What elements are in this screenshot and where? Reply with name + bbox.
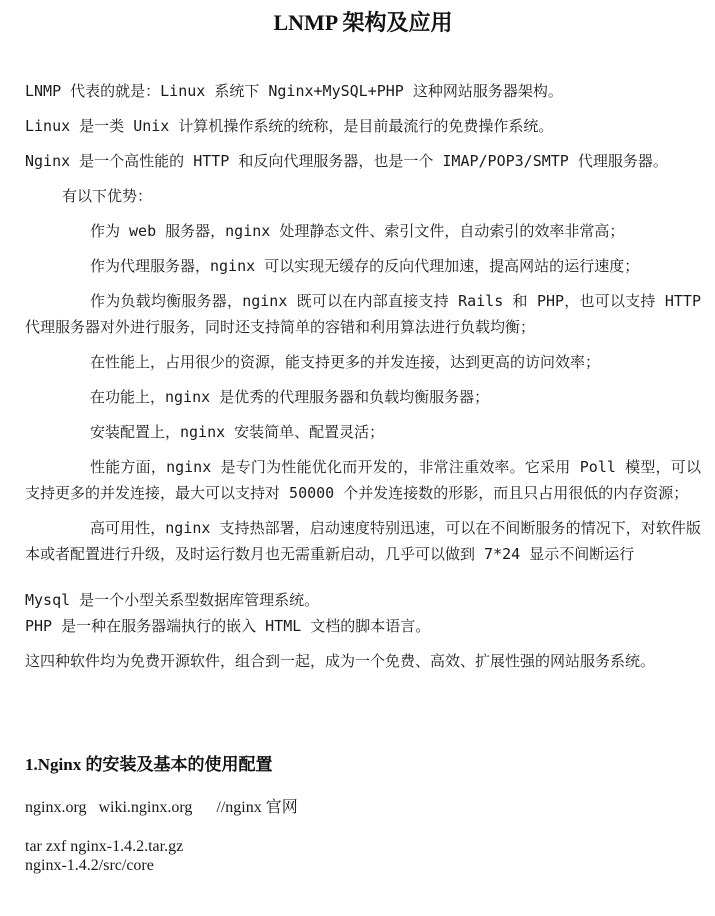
intro-paragraph: Linux 是一类 Unix 计算机操作系统的统称，是目前最流行的免费操作系统。 (25, 113, 701, 139)
advantage-item: 在功能上，nginx 是优秀的代理服务器和负载均衡服务器； (25, 384, 701, 410)
advantage-item: 性能方面，nginx 是专门为性能优化而开发的，非常注重效率。它采用 Poll … (25, 454, 701, 506)
code-line: tar zxf nginx-1.4.2.tar.gz (25, 837, 701, 856)
component-line: PHP 是一种在服务器端执行的嵌入 HTML 文档的脚本语言。 (25, 613, 701, 639)
intro-paragraph: Nginx 是一个高性能的 HTTP 和反向代理服务器，也是一个 IMAP/PO… (25, 148, 701, 174)
advantage-item: 高可用性，nginx 支持热部署，启动速度特别迅速，可以在不间断服务的情况下，对… (25, 515, 701, 567)
component-line: Mysql 是一个小型关系型数据库管理系统。 (25, 587, 701, 613)
document-page: LNMP 架构及应用 LNMP 代表的就是：Linux 系统下 Nginx+My… (0, 0, 715, 916)
code-block: tar zxf nginx-1.4.2.tar.gz nginx-1.4.2/s… (25, 837, 701, 875)
advantages-lead: 有以下优势： (25, 183, 701, 209)
document-title: LNMP 架构及应用 (25, 8, 701, 38)
components-block: Mysql 是一个小型关系型数据库管理系统。 PHP 是一种在服务器端执行的嵌入… (25, 587, 701, 639)
advantage-item: 作为负载均衡服务器，nginx 既可以在内部直接支持 Rails 和 PHP，也… (25, 288, 701, 340)
intro-paragraph: LNMP 代表的就是：Linux 系统下 Nginx+MySQL+PHP 这种网… (25, 78, 701, 104)
nginx-links-line: nginx.org wiki.nginx.org //nginx 官网 (25, 797, 701, 819)
advantage-item: 作为代理服务器，nginx 可以实现无缓存的反向代理加速，提高网站的运行速度； (25, 253, 701, 279)
advantage-item: 安装配置上，nginx 安装简单、配置灵活； (25, 419, 701, 445)
advantage-item: 作为 web 服务器，nginx 处理静态文件、索引文件，自动索引的效率非常高； (25, 218, 701, 244)
advantage-item: 在性能上，占用很少的资源，能支持更多的并发连接，达到更高的访问效率； (25, 349, 701, 375)
code-line: nginx-1.4.2/src/core (25, 856, 701, 875)
summary-paragraph: 这四种软件均为免费开源软件，组合到一起，成为一个免费、高效、扩展性强的网站服务系… (25, 648, 701, 674)
section-heading: 1.Nginx 的安装及基本的使用配置 (25, 753, 701, 777)
